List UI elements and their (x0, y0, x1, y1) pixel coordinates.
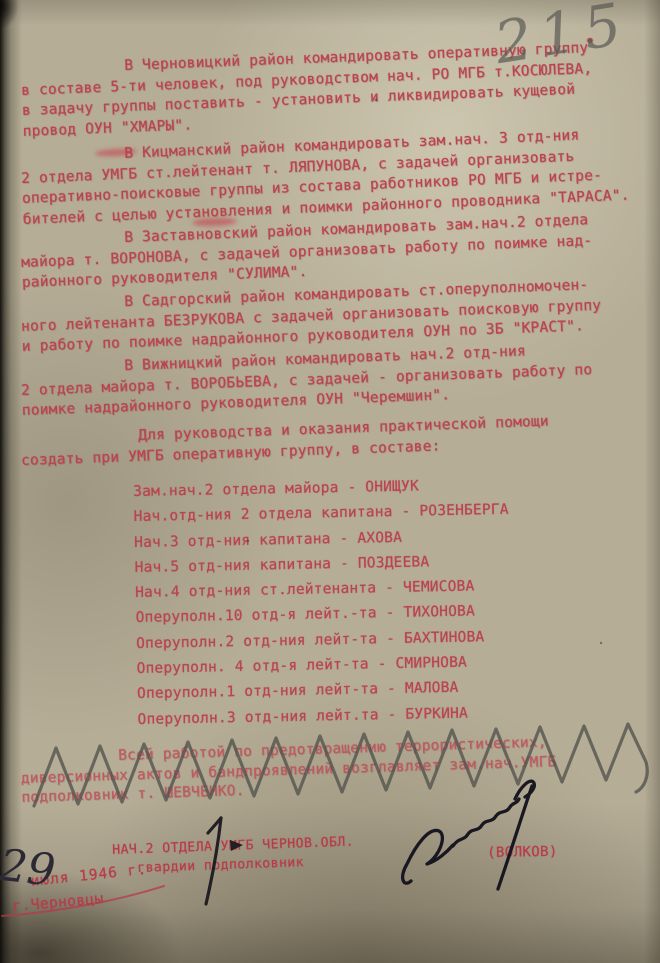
operative-group-list: Зам.нач.2 отдела майора - ОНИЩУК Нач.отд… (133, 471, 618, 733)
signature-title: НАЧ.2 ОТДЕЛА УМГБ ЧЕРНОВ.ОБЛ. (112, 835, 354, 858)
date-day-handwritten: 29 (0, 840, 58, 897)
signature-name-typed: (ВОЛКОВ) (487, 844, 558, 861)
document-page: В Черновицкий район командировать операт… (0, 0, 660, 963)
date-city: г.Черновцы (12, 891, 104, 915)
para-crossed-out: Всей работой по предотвращению террорист… (20, 730, 658, 808)
ink-signature (403, 781, 535, 889)
signature-rank: гвардии подполковник (137, 855, 304, 876)
